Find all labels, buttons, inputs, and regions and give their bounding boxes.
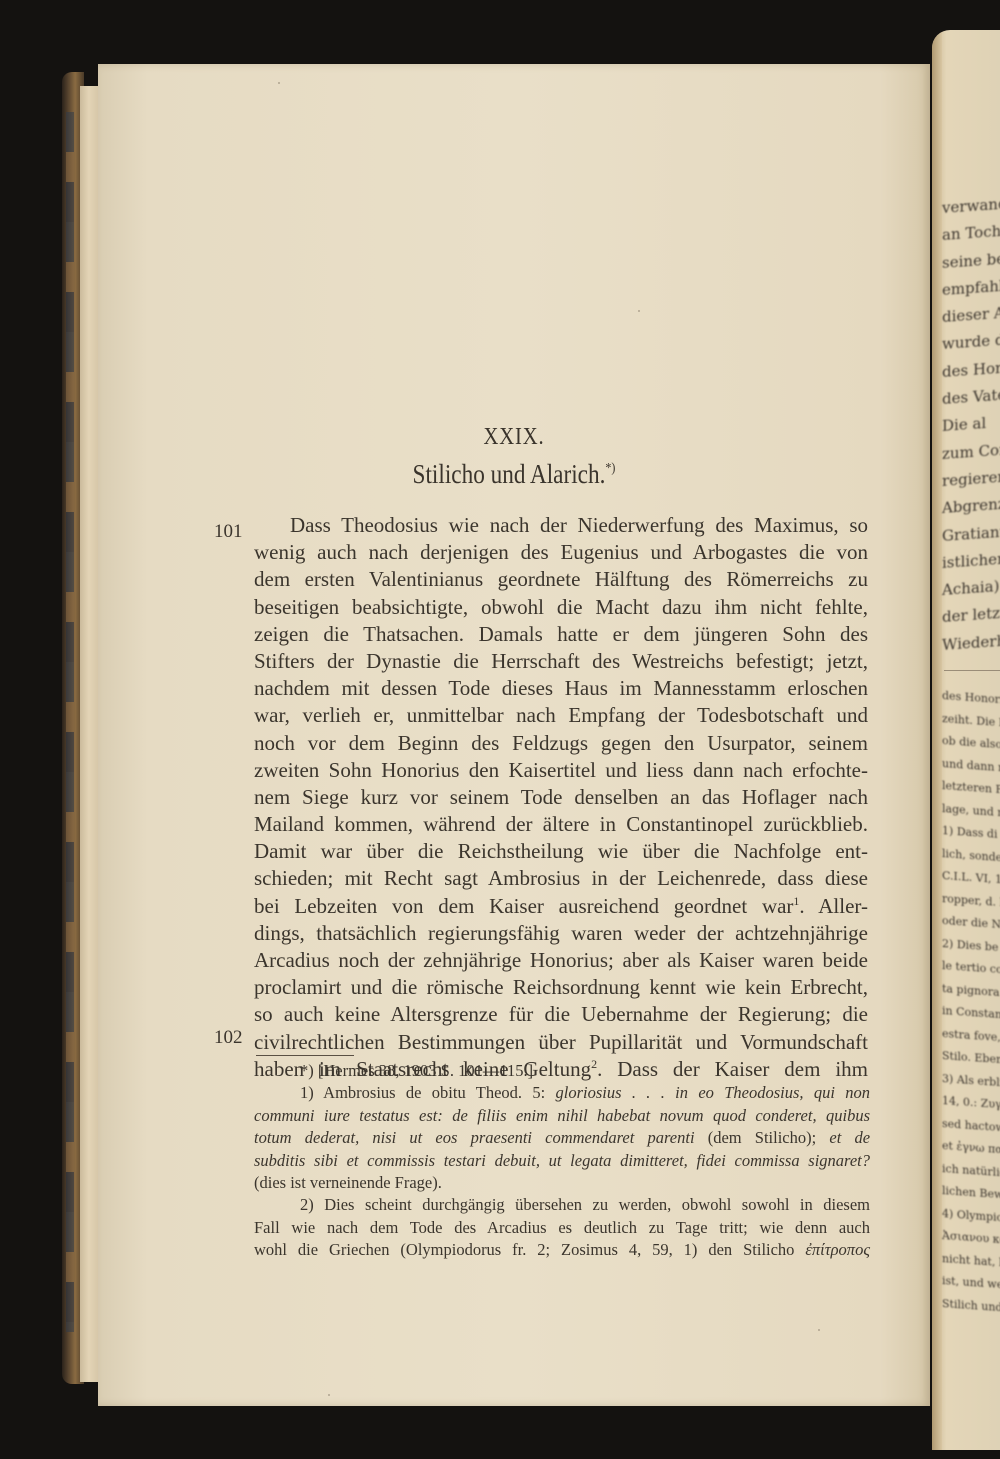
body-line-tail: . Aller-: [799, 894, 868, 918]
chapter-footnote-mark: *): [605, 461, 615, 476]
chapter-title: Stilicho und Alarich.*): [156, 459, 872, 490]
facing-line: verwandtsc: [942, 189, 1000, 223]
facing-line: seine beide: [942, 243, 1000, 277]
facing-line: an Tochter: [942, 216, 1000, 250]
margin-page-number: 101: [214, 521, 243, 543]
body-line: Mailand kommen, während der ältere in Co…: [254, 811, 868, 838]
facing-foot-line: Stilich und Stili: [942, 1293, 1000, 1322]
footnote-1-line: subditis sibi et commissis testari debui…: [254, 1150, 870, 1172]
paper-speck: [328, 1394, 330, 1396]
footnote-1-source: 1) Ambrosius de obitu Theod. 5:: [300, 1083, 545, 1102]
book-gutter: [932, 30, 942, 1450]
body-line: dem ersten Valentinianus geordnete Hälft…: [254, 566, 868, 593]
body-line: wenig auch nach derjenigen des Eugenius …: [254, 539, 868, 566]
body-line: schieden; mit Recht sagt Ambrosius in de…: [254, 865, 868, 892]
footnote-2-text: wohl die Griechen (Olympiodorus fr. 2; Z…: [254, 1240, 794, 1259]
facing-page-right: verwandtsc an Tochter seine beide empfah…: [932, 30, 1000, 1450]
body-line: zweiten Sohn Honorius den Kaisertitel un…: [254, 757, 868, 784]
footnote-1-line: totum dederat, nisi ut eos praesenti com…: [254, 1127, 870, 1149]
footnote-1-quote: communi iure testatus est: de filiis eni…: [254, 1106, 870, 1125]
footnote-1-line: 1) Ambrosius de obitu Theod. 5: gloriosi…: [254, 1082, 870, 1104]
facing-line: regierenden: [942, 462, 1000, 496]
footnotes: *) [Hermes 38, 1903 S. 101—115.] 1) Ambr…: [254, 1060, 870, 1262]
body-line: nachdem mit dessen Tode dieses Haus im M…: [254, 675, 868, 702]
body-line: Dass Theodosius wie nach der Niederwerfu…: [254, 512, 868, 539]
facing-line: des Honori: [942, 352, 1000, 386]
body-line: civilrechtlichen Bestimmungen über Pupil…: [254, 1029, 868, 1056]
footnote-2-line: 2) Dies scheint durchgängig übersehen zu…: [254, 1194, 870, 1216]
body-line: so auch keine Altersgrenze für die Ueber…: [254, 1001, 868, 1028]
facing-footnote-rule: [944, 670, 1000, 671]
body-line: zeigen die Thatsachen. Damals hatte er d…: [254, 621, 868, 648]
footnote-1-quote: subditis sibi et commissis testari debui…: [254, 1151, 870, 1170]
paper-speck: [638, 310, 640, 312]
facing-line: der letztwill: [942, 598, 1000, 632]
body-line: proclamirt und die römische Reichsordnun…: [254, 974, 868, 1001]
paper-speck: [818, 1329, 820, 1331]
chapter-number: XXIX.: [156, 424, 872, 451]
footnote-1-quote: et de: [829, 1128, 870, 1147]
margin-page-number: 102: [214, 1027, 243, 1049]
body-text: Dass Theodosius wie nach der Niederwerfu…: [254, 512, 868, 1083]
facing-line: empfahl²,: [942, 271, 1000, 305]
body-line: Stifters der Dynastie die Herrschaft des…: [254, 648, 868, 675]
footnote-1-note: (dem Stilicho);: [708, 1128, 816, 1147]
facing-line: Achaia) dem: [942, 571, 1000, 605]
footnote-star: *) [Hermes 38, 1903 S. 101—115.]: [254, 1060, 870, 1082]
body-line: dings, thatsächlich regierungsfähig ware…: [254, 920, 868, 947]
facing-page-text: verwandtsc an Tochter seine beide empfah…: [942, 189, 1000, 659]
footnote-2-greek: ἐπίτροπος: [805, 1240, 870, 1259]
facing-line: Die al: [942, 407, 1000, 441]
body-line: bei Lebzeiten von dem Kaiser ausreichend…: [254, 893, 868, 920]
facing-line: Abgrenzung: [942, 489, 1000, 523]
body-line-text: bei Lebzeiten von dem Kaiser ausreichend…: [254, 894, 793, 918]
body-line: nem Siege kurz vor seinem Tode denselben…: [254, 784, 868, 811]
footnote-1-quote: gloriosius . . . in eo Theodosius, qui n…: [556, 1083, 871, 1102]
footnote-1-quote: totum dederat, nisi ut eos praesenti com…: [254, 1128, 695, 1147]
body-line: beseitigen beabsichtigte, obwohl die Mac…: [254, 594, 868, 621]
facing-line: des Vaters: [942, 380, 1000, 414]
body-line: Damit war über die Reichstheilung wie üb…: [254, 838, 868, 865]
facing-line: zum Confic: [942, 434, 1000, 468]
body-line: war, verlieh er, unmittelbar nach Empfan…: [254, 702, 868, 729]
facing-line: istlichen P: [942, 544, 1000, 578]
footnote-2-line: Fall wie nach dem Tode des Arcadius es d…: [254, 1217, 870, 1239]
facing-line: Wiederherste: [942, 625, 1000, 659]
facing-page-footnotes: des Honorius ne zeiht. Die Re ob die als…: [942, 685, 1000, 1321]
footnote-2-line: wohl die Griechen (Olympiodorus fr. 2; Z…: [254, 1239, 870, 1261]
footnote-1-line: communi iure testatus est: de filiis eni…: [254, 1105, 870, 1127]
chapter-title-text: Stilicho und Alarich.: [413, 459, 606, 489]
facing-line: wurde durc: [942, 325, 1000, 359]
paper-speck: [278, 82, 280, 84]
body-line: noch vor dem Beginn des Feldzugs gegen d…: [254, 730, 868, 757]
facing-line: dieser Auft: [942, 298, 1000, 332]
body-line: Arcadius noch der zehnjährige Honorius; …: [254, 947, 868, 974]
footnote-separator: [256, 1055, 354, 1056]
footnote-1-line: (dies ist verneinende Frage).: [254, 1172, 870, 1194]
